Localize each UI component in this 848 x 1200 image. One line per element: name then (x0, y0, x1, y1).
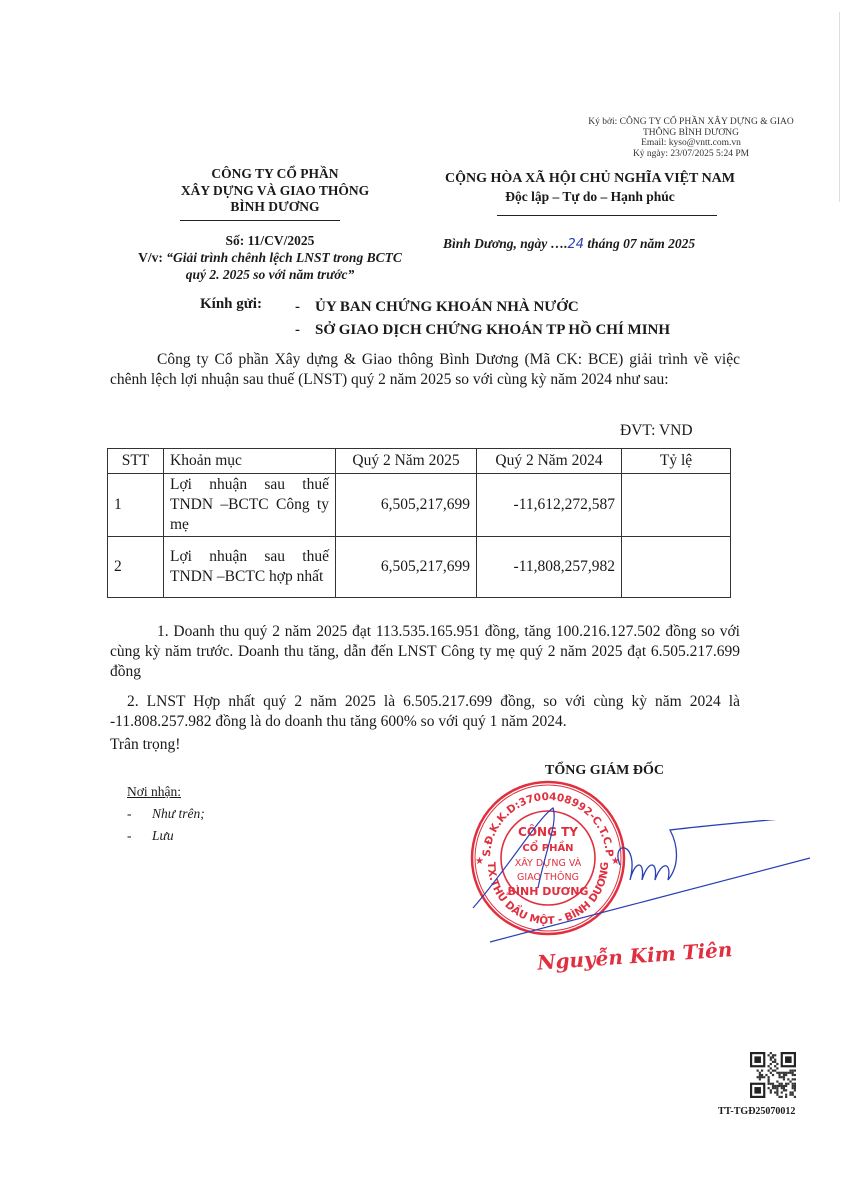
qr-code-icon (750, 1052, 796, 1098)
subject-line-1: V/v: “Giải trình chênh lệch LNST trong B… (110, 249, 430, 266)
place-date-suffix: tháng 07 năm 2025 (584, 236, 695, 251)
col-header-item: Khoản mục (164, 449, 336, 474)
cell-q2-2024: -11,808,257,982 (477, 537, 622, 598)
profit-comparison-table: STT Khoản mục Quý 2 Năm 2025 Quý 2 Năm 2… (107, 448, 731, 598)
subject-text-2: quý 2. 2025 so với năm trước” (110, 266, 430, 283)
cell-q2-2024: -11,612,272,587 (477, 474, 622, 537)
document-number: Số: 11/CV/2025 (110, 232, 430, 249)
cell-q2-2025: 6,505,217,699 (336, 537, 477, 598)
email-value: kyso@vntt.com.vn (669, 138, 741, 148)
col-header-q2-2025: Quý 2 Năm 2025 (336, 449, 477, 474)
nation-title: CỘNG HÒA XÃ HỘI CHỦ NGHĨA VIỆT NAM (425, 170, 755, 188)
national-heading: CỘNG HÒA XÃ HỘI CHỦ NGHĨA VIỆT NAM Độc l… (425, 170, 755, 205)
table-row: 1 Lợi nhuận sau thuế TNDN –BCTC Công ty … (108, 474, 731, 537)
org-line-2: XÂY DỰNG VÀ GIAO THÔNG (150, 183, 400, 200)
recipient-2: SỞ GIAO DỊCH CHỨNG KHOÁN TP HỒ CHÍ MINH (315, 322, 670, 338)
document-number-block: Số: 11/CV/2025 V/v: “Giải trình chênh lệ… (110, 232, 430, 283)
distribution-title: Nơi nhận: (127, 781, 205, 803)
cell-stt: 2 (108, 537, 164, 598)
place-date: Bình Dương, ngày ….24 tháng 07 năm 2025 (443, 236, 743, 252)
signer-position: TỔNG GIÁM ĐỐC (545, 763, 664, 779)
page-edge (839, 12, 840, 202)
nation-underline (497, 215, 717, 216)
col-header-ratio: Tỷ lệ (622, 449, 731, 474)
closing-salutation: Trân trọng! (110, 736, 180, 754)
org-underline (180, 220, 340, 221)
cell-item: Lợi nhuận sau thuế TNDN –BCTC hợp nhất (164, 537, 336, 598)
explanation-1: 1. Doanh thu quý 2 năm 2025 đạt 113.535.… (110, 622, 740, 682)
cell-item: Lợi nhuận sau thuế TNDN –BCTC Công ty mẹ (164, 474, 336, 537)
cell-stt: 1 (108, 474, 164, 537)
recipients-label: Kính gửi: (200, 296, 262, 313)
distribution-item: Như trên; (152, 806, 205, 821)
subject-prefix: V/v: (138, 250, 166, 265)
cell-ratio (622, 537, 731, 598)
recipients-list: -ỦY BAN CHỨNG KHOÁN NHÀ NƯỚC -SỞ GIAO DỊ… (295, 296, 670, 342)
table-row: 2 Lợi nhuận sau thuế TNDN –BCTC hợp nhất… (108, 537, 731, 598)
signed-by-label: Ký bởi: (588, 117, 617, 127)
sign-date-label: Ký ngày: (633, 149, 668, 159)
cell-ratio (622, 474, 731, 537)
org-line-3: BÌNH DƯƠNG (150, 199, 400, 216)
handwritten-signature-icon (470, 820, 830, 950)
col-header-q2-2024: Quý 2 Năm 2024 (477, 449, 622, 474)
qr-code-id: TT-TGĐ25070012 (718, 1106, 795, 1117)
distribution-list: Nơi nhận: -Như trên; -Lưu (127, 781, 205, 847)
intro-paragraph: Công ty Cổ phần Xây dựng & Giao thông Bì… (110, 350, 740, 390)
cell-q2-2025: 6,505,217,699 (336, 474, 477, 537)
distribution-item: Lưu (152, 828, 174, 843)
organization-name: CÔNG TY CỔ PHẦN XÂY DỰNG VÀ GIAO THÔNG B… (150, 166, 400, 216)
nation-motto: Độc lập – Tự do – Hạnh phúc (425, 188, 755, 205)
email-label: Email: (641, 138, 666, 148)
handwritten-day: 24 (568, 237, 585, 252)
signed-by-value: CÔNG TY CỔ PHẦN XÂY DỰNG & GIAO THÔNG BÌ… (620, 117, 794, 138)
place-date-prefix: Bình Dương, ngày …. (443, 236, 568, 251)
explanation-2: 2. LNST Hợp nhất quý 2 năm 2025 là 6.505… (110, 692, 740, 732)
col-header-stt: STT (108, 449, 164, 474)
recipient-1: ỦY BAN CHỨNG KHOÁN NHÀ NƯỚC (315, 299, 579, 315)
org-line-1: CÔNG TY CỔ PHẦN (150, 166, 400, 183)
sign-date-value: 23/07/2025 5:24 PM (670, 149, 749, 159)
currency-unit: ĐVT: VND (620, 422, 693, 440)
subject-text-1: “Giải trình chênh lệch LNST trong BCTC (166, 250, 402, 265)
table-header-row: STT Khoản mục Quý 2 Năm 2025 Quý 2 Năm 2… (108, 449, 731, 474)
digital-signature-block: Ký bởi: CÔNG TY CỔ PHẦN XÂY DỰNG & GIAO … (585, 117, 797, 159)
